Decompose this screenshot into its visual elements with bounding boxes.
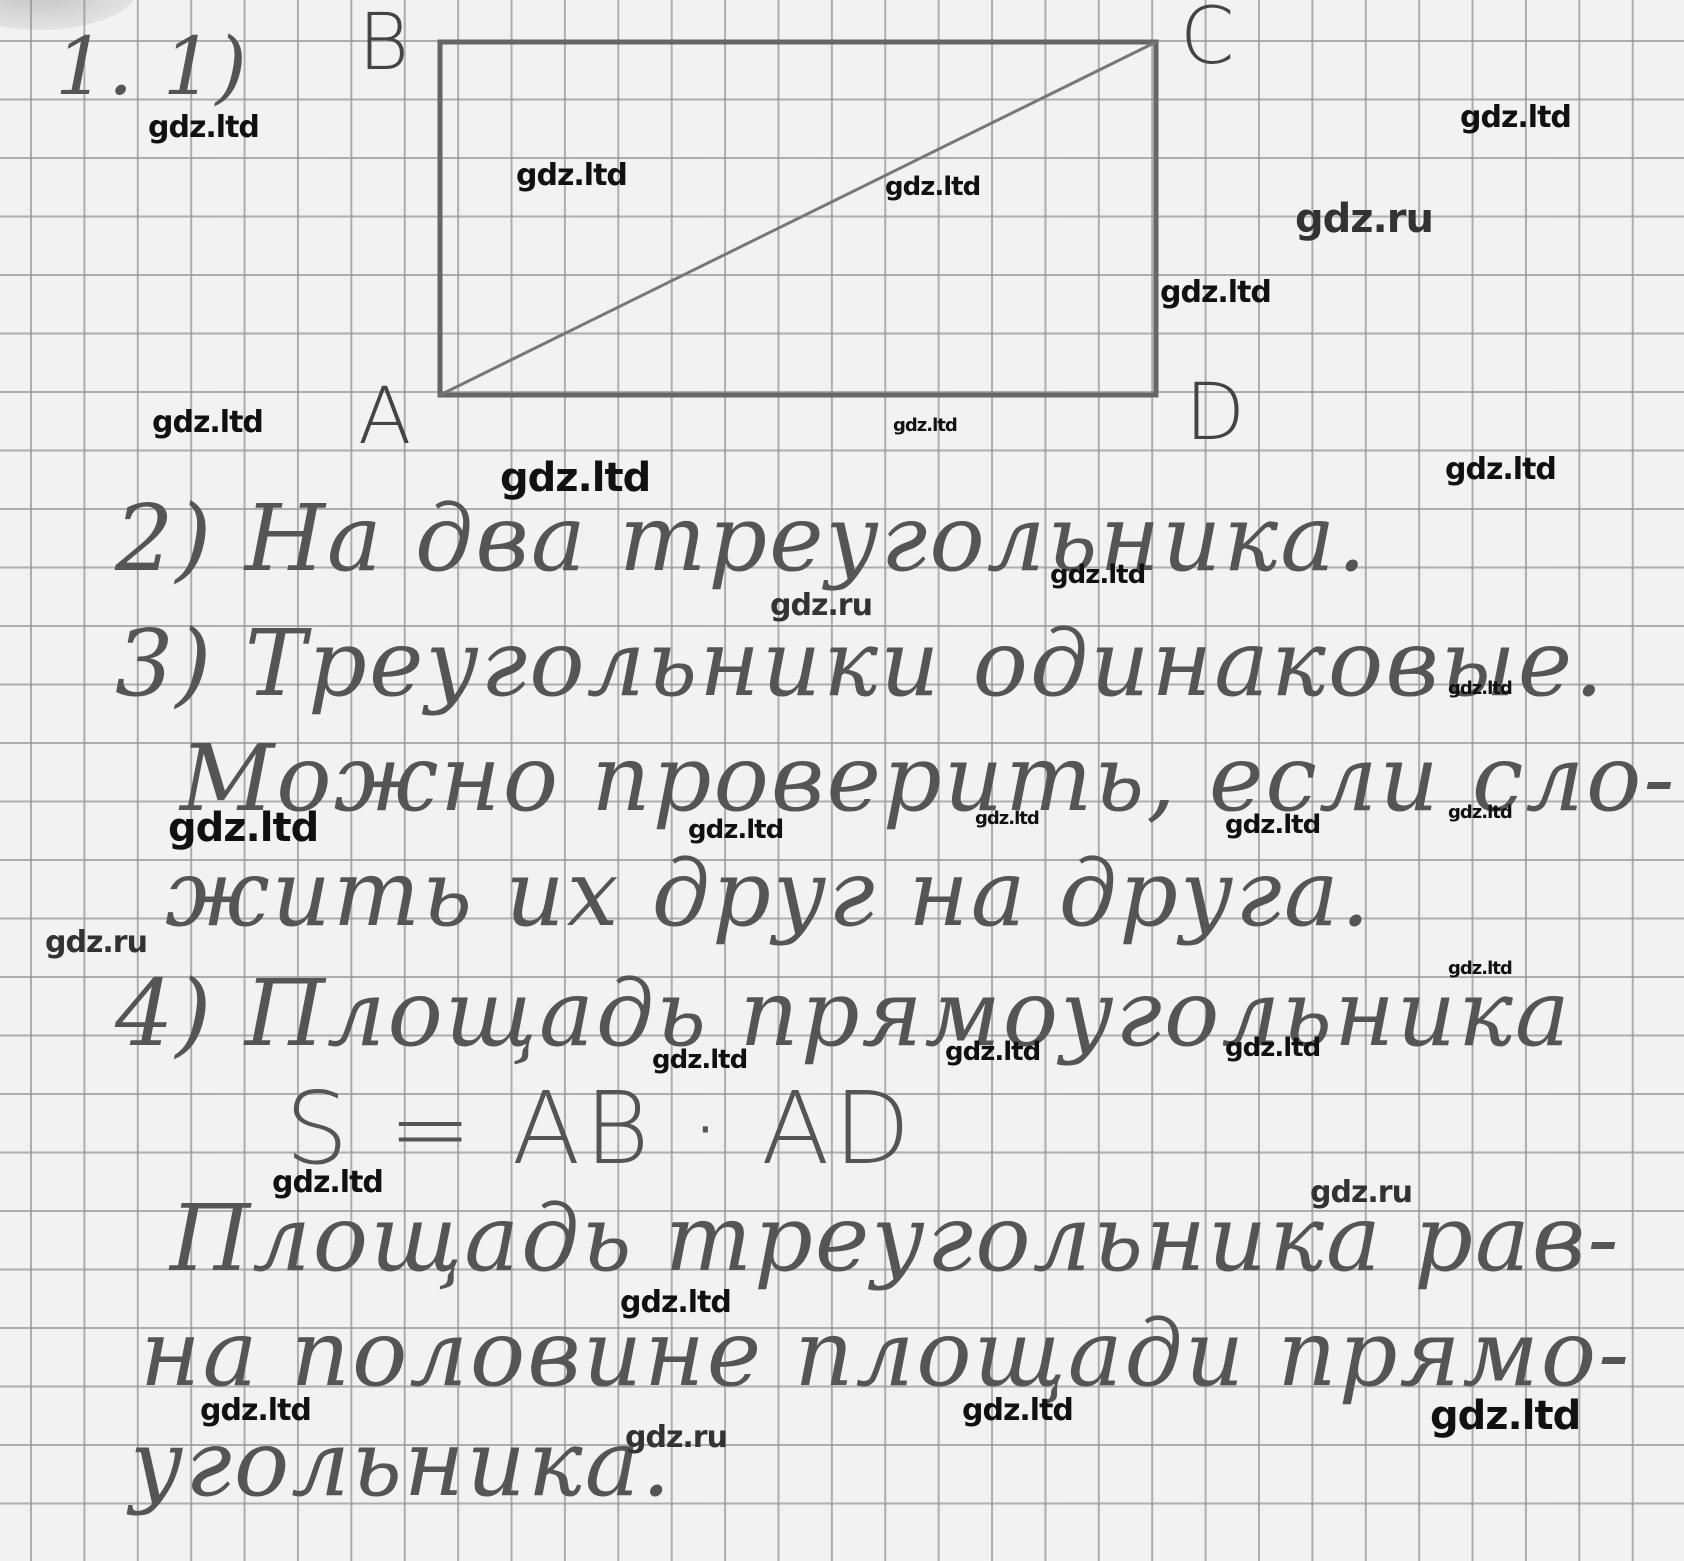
watermark: gdz.ltd [148, 110, 259, 145]
watermark: gdz.ltd [200, 1393, 311, 1428]
vertex-d: D [1185, 368, 1245, 458]
watermark: gdz.ru [1310, 1175, 1412, 1210]
watermark: gdz.ltd [1448, 802, 1512, 823]
part-2: 2) На два треугольника. [115, 485, 1368, 592]
part-4-line-4: на половине площади прямо- [140, 1300, 1631, 1407]
watermark: gdz.ru [1295, 196, 1433, 242]
diagonal-ac [440, 42, 1156, 395]
watermark: gdz.ltd [893, 415, 957, 436]
watermark: gdz.ltd [975, 808, 1039, 829]
watermark: gdz.ltd [1430, 1393, 1580, 1439]
watermark: gdz.ru [45, 925, 147, 960]
watermark: gdz.ltd [945, 1037, 1040, 1067]
watermark: gdz.ltd [1160, 275, 1271, 310]
watermark: gdz.ltd [962, 1393, 1073, 1428]
watermark: gdz.ltd [168, 805, 318, 851]
watermark: gdz.ltd [688, 815, 783, 845]
watermark: gdz.ltd [500, 455, 650, 501]
watermark: gdz.ltd [652, 1045, 747, 1075]
part-4-line-1: 4) Площадь прямоугольника [115, 960, 1572, 1067]
watermark: gdz.ltd [272, 1165, 383, 1200]
watermark: gdz.ltd [885, 172, 980, 202]
watermark: gdz.ltd [1445, 452, 1556, 487]
watermark: gdz.ltd [1448, 958, 1512, 979]
watermark: gdz.ltd [1460, 100, 1571, 135]
watermark: gdz.ltd [1448, 678, 1512, 699]
vertex-a: A [358, 372, 411, 462]
watermark: gdz.ltd [1225, 810, 1320, 840]
watermark: gdz.ltd [620, 1285, 731, 1320]
watermark: gdz.ru [770, 588, 872, 623]
vertex-b: B [358, 0, 409, 88]
watermark: gdz.ru [625, 1420, 727, 1455]
part-3-line-3: жить их друг на друга. [165, 840, 1372, 947]
watermark: gdz.ltd [1225, 1033, 1320, 1063]
watermark: gdz.ltd [152, 405, 263, 440]
vertex-c: C [1180, 0, 1234, 82]
watermark: gdz.ltd [516, 158, 627, 193]
watermark: gdz.ltd [1050, 560, 1145, 590]
part-3-line-1: 3) Треугольники одинаковые. [115, 610, 1605, 717]
